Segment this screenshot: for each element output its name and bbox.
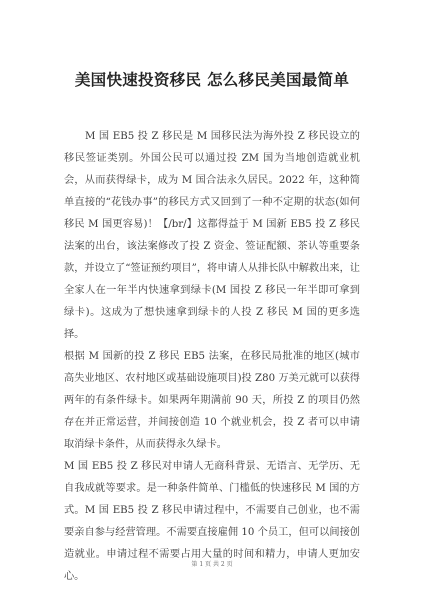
paragraph-requirements: M 国 EB5 投 Z 移民对申请人无商科背景、无语言、无学历、无自我成就等要求… — [64, 456, 360, 588]
paragraph-eb5-law: 根据 M 国新的投 Z 移民 EB5 法案，在移民局批准的地区(城市高失业地区、… — [64, 346, 360, 456]
document-title: 美国快速投资移民 怎么移民美国最简单 — [0, 68, 424, 90]
page-number-footer: 第 1 页 共 2 页 — [0, 559, 424, 568]
document-body: M 国 EB5 投 Z 移民是 M 国移民法为海外投 Z 移民设立的移民签证类别… — [64, 126, 360, 588]
document-page: 美国快速投资移民 怎么移民美国最简单 M 国 EB5 投 Z 移民是 M 国移民… — [0, 0, 424, 600]
paragraph-intro: M 国 EB5 投 Z 移民是 M 国移民法为海外投 Z 移民设立的移民签证类别… — [64, 126, 360, 346]
